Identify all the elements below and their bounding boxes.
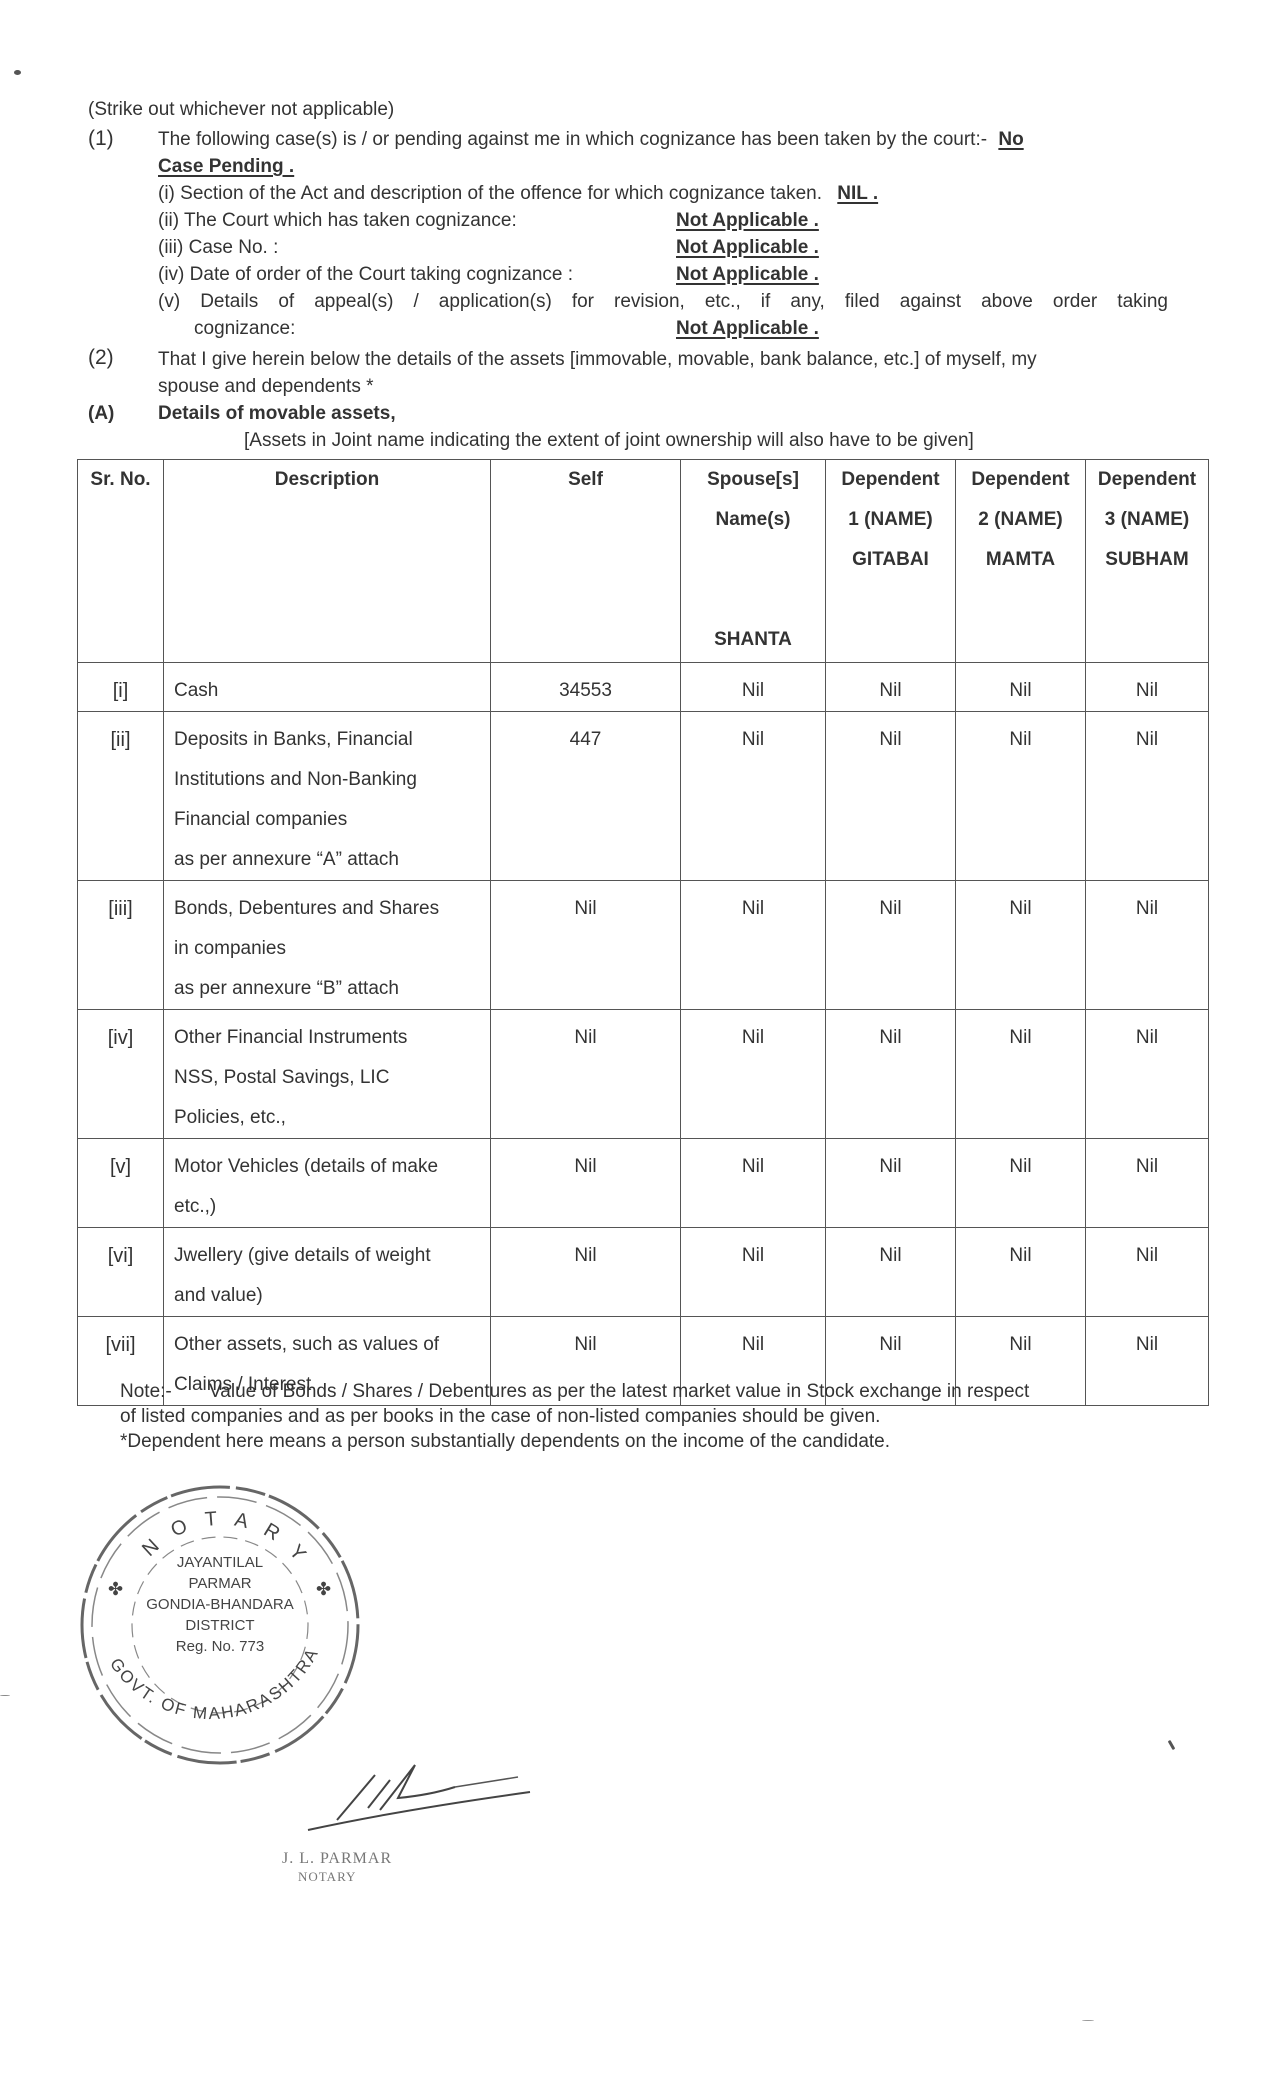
cell-dependent-1: Nil (826, 712, 956, 881)
section-1-number: (1) (88, 127, 114, 151)
cell-dependent-3: Nil (1086, 1010, 1209, 1139)
cell-spouse: Nil (681, 1228, 826, 1317)
table-row: [v]Motor Vehicles (details of makeetc.,)… (78, 1139, 1209, 1228)
section-1-item-ii-value: Not Applicable . (676, 209, 819, 233)
dependent-1-name: GITABAI (826, 540, 955, 580)
cell-sr-no: [iii] (78, 881, 164, 1010)
section-a-number: (A) (88, 402, 114, 426)
description-line: Motor Vehicles (details of make (174, 1147, 490, 1187)
cell-dependent-3: Nil (1086, 1317, 1209, 1406)
table-row: [i]Cash34553NilNilNilNil (78, 663, 1209, 712)
dependent-3-name: SUBHAM (1086, 540, 1208, 580)
section-1-item-ii-label: (ii) The Court which has taken cognizanc… (158, 209, 517, 233)
scan-speck (14, 70, 21, 75)
signature-title: NOTARY (298, 1868, 392, 1886)
table-row: [vi]Jwellery (give details of weightand … (78, 1228, 1209, 1317)
description-line: Cash (174, 671, 490, 711)
section-1-item-iv-value: Not Applicable . (676, 263, 819, 287)
flower-icon: ✤ (108, 1579, 123, 1599)
strike-out-note: (Strike out whichever not applicable) (88, 98, 394, 122)
cell-dependent-2: Nil (956, 1139, 1086, 1228)
section-1-item-v-label: (v) Details of appeal(s) / application(s… (158, 290, 1168, 314)
cell-dependent-1: Nil (826, 663, 956, 712)
cell-dependent-1: Nil (826, 1010, 956, 1139)
notary-stamp: N O T A R Y GOVT. OF MAHARASHTRA JAYANTI… (60, 1475, 380, 1775)
note-label: Note:- (120, 1381, 172, 1402)
movable-assets-table: Sr. No. Description Self Spouse[s] Name(… (77, 459, 1209, 1406)
cell-spouse: Nil (681, 881, 826, 1010)
scan-speck (0, 1695, 10, 1696)
note-line-3: *Dependent here means a person substanti… (120, 1430, 890, 1454)
cell-dependent-3: Nil (1086, 663, 1209, 712)
cell-description: Other Financial InstrumentsNSS, Postal S… (164, 1010, 491, 1139)
note-line-2: of listed companies and as per books in … (120, 1405, 880, 1429)
table-body: [i]Cash34553NilNilNilNil[ii]Deposits in … (78, 663, 1209, 1406)
section-a-subtitle: [Assets in Joint name indicating the ext… (244, 429, 974, 453)
cell-spouse: Nil (681, 1010, 826, 1139)
svg-text:GOVT. OF MAHARASHTRA: GOVT. OF MAHARASHTRA (106, 1644, 322, 1723)
section-2-text-line2: spouse and dependents * (158, 375, 374, 399)
scan-speck (1082, 2020, 1094, 2021)
stamp-line-1: JAYANTILAL (177, 1554, 263, 1571)
cell-self: 447 (491, 712, 681, 881)
description-line: Deposits in Banks, Financial (174, 720, 490, 760)
description-line: Other Financial Instruments (174, 1018, 490, 1058)
cell-description: Cash (164, 663, 491, 712)
cell-dependent-1: Nil (826, 1139, 956, 1228)
cell-self: Nil (491, 1139, 681, 1228)
description-line: as per annexure “B” attach (174, 969, 490, 1009)
section-1-item-iii-label: (iii) Case No. : (158, 236, 278, 260)
table-header-row: Sr. No. Description Self Spouse[s] Name(… (78, 460, 1209, 663)
header-spouse: Spouse[s] Name(s) SHANTA (681, 460, 826, 663)
table-row: [iii]Bonds, Debentures and Sharesin comp… (78, 881, 1209, 1010)
header-sr-no: Sr. No. (78, 460, 164, 663)
section-1-item-iv-label: (iv) Date of order of the Court taking c… (158, 263, 573, 287)
description-line: NSS, Postal Savings, LIC (174, 1058, 490, 1098)
flower-icon: ✤ (316, 1579, 331, 1599)
header-dependent-3: Dependent 3 (NAME) SUBHAM (1086, 460, 1209, 663)
section-1-question: The following case(s) is / or pending ag… (158, 129, 987, 150)
note-line-1: Note:- Value of Bonds / Shares / Debentu… (120, 1380, 1029, 1404)
table-row: [ii]Deposits in Banks, FinancialInstitut… (78, 712, 1209, 881)
header-self: Self (491, 460, 681, 663)
cell-self: Nil (491, 881, 681, 1010)
signature-name-stamp: J. L. PARMAR NOTARY (282, 1850, 392, 1886)
description-line: Jwellery (give details of weight (174, 1236, 490, 1276)
section-1-item-v-label-cont: cognizance: (194, 317, 295, 341)
stamp-line-4: DISTRICT (185, 1617, 254, 1634)
section-1-item-iii-value: Not Applicable . (676, 236, 819, 260)
section-2-number: (2) (88, 346, 114, 370)
cell-dependent-3: Nil (1086, 881, 1209, 1010)
cell-sr-no: [v] (78, 1139, 164, 1228)
cell-dependent-1: Nil (826, 881, 956, 1010)
cell-self: Nil (491, 1228, 681, 1317)
section-1-item-v-value: Not Applicable . (676, 317, 819, 341)
cell-description: Motor Vehicles (details of makeetc.,) (164, 1139, 491, 1228)
description-line: Bonds, Debentures and Shares (174, 889, 490, 929)
description-line: Policies, etc., (174, 1098, 490, 1138)
table-row: [iv]Other Financial InstrumentsNSS, Post… (78, 1010, 1209, 1139)
description-line: Institutions and Non-Banking (174, 760, 490, 800)
cell-sr-no: [i] (78, 663, 164, 712)
header-dependent-1: Dependent 1 (NAME) GITABAI (826, 460, 956, 663)
section-2-text-line1: That I give herein below the details of … (158, 348, 1037, 372)
cell-dependent-2: Nil (956, 663, 1086, 712)
description-line: etc.,) (174, 1187, 490, 1227)
description-line: in companies (174, 929, 490, 969)
item-label: (i) Section of the Act and description o… (158, 183, 822, 204)
dependent-2-name: MAMTA (956, 540, 1085, 580)
cell-dependent-3: Nil (1086, 712, 1209, 881)
section-1-answer-cont: Case Pending . (158, 155, 294, 179)
cell-self: 34553 (491, 663, 681, 712)
cell-dependent-1: Nil (826, 1228, 956, 1317)
cell-spouse: Nil (681, 663, 826, 712)
cell-sr-no: [vi] (78, 1228, 164, 1317)
section-1-answer: No (998, 129, 1023, 150)
cell-description: Bonds, Debentures and Sharesin companies… (164, 881, 491, 1010)
description-line: as per annexure “A” attach (174, 840, 490, 880)
description-line: Financial companies (174, 800, 490, 840)
spouse-name: SHANTA (681, 620, 825, 660)
cell-spouse: Nil (681, 1139, 826, 1228)
scan-speck (1168, 1740, 1176, 1750)
signature-name: J. L. PARMAR (282, 1850, 392, 1868)
note-text-1: Value of Bonds / Shares / Debentures as … (209, 1381, 1029, 1402)
header-description: Description (164, 460, 491, 663)
stamp-bottom-arc: GOVT. OF MAHARASHTRA (106, 1644, 322, 1723)
cell-dependent-2: Nil (956, 712, 1086, 881)
cell-description: Deposits in Banks, FinancialInstitutions… (164, 712, 491, 881)
cell-sr-no: [iv] (78, 1010, 164, 1139)
signature (280, 1760, 540, 1840)
cell-dependent-2: Nil (956, 881, 1086, 1010)
cell-dependent-2: Nil (956, 1228, 1086, 1317)
cell-description: Jwellery (give details of weightand valu… (164, 1228, 491, 1317)
description-line: and value) (174, 1276, 490, 1316)
cell-self: Nil (491, 1010, 681, 1139)
cell-dependent-2: Nil (956, 1010, 1086, 1139)
cell-spouse: Nil (681, 712, 826, 881)
item-value: NIL . (837, 183, 878, 204)
cell-dependent-3: Nil (1086, 1139, 1209, 1228)
section-a-title: Details of movable assets, (158, 402, 396, 426)
cell-dependent-3: Nil (1086, 1228, 1209, 1317)
description-line: Other assets, such as values of (174, 1325, 490, 1365)
stamp-line-3: GONDIA-BHANDARA (146, 1596, 294, 1613)
stamp-line-2: PARMAR (188, 1575, 251, 1592)
stamp-line-5: Reg. No. 773 (176, 1638, 264, 1655)
cell-sr-no: [ii] (78, 712, 164, 881)
section-1-item-i: (i) Section of the Act and description o… (158, 182, 878, 206)
header-dependent-2: Dependent 2 (NAME) MAMTA (956, 460, 1086, 663)
section-1-text: The following case(s) is / or pending ag… (158, 128, 1024, 152)
